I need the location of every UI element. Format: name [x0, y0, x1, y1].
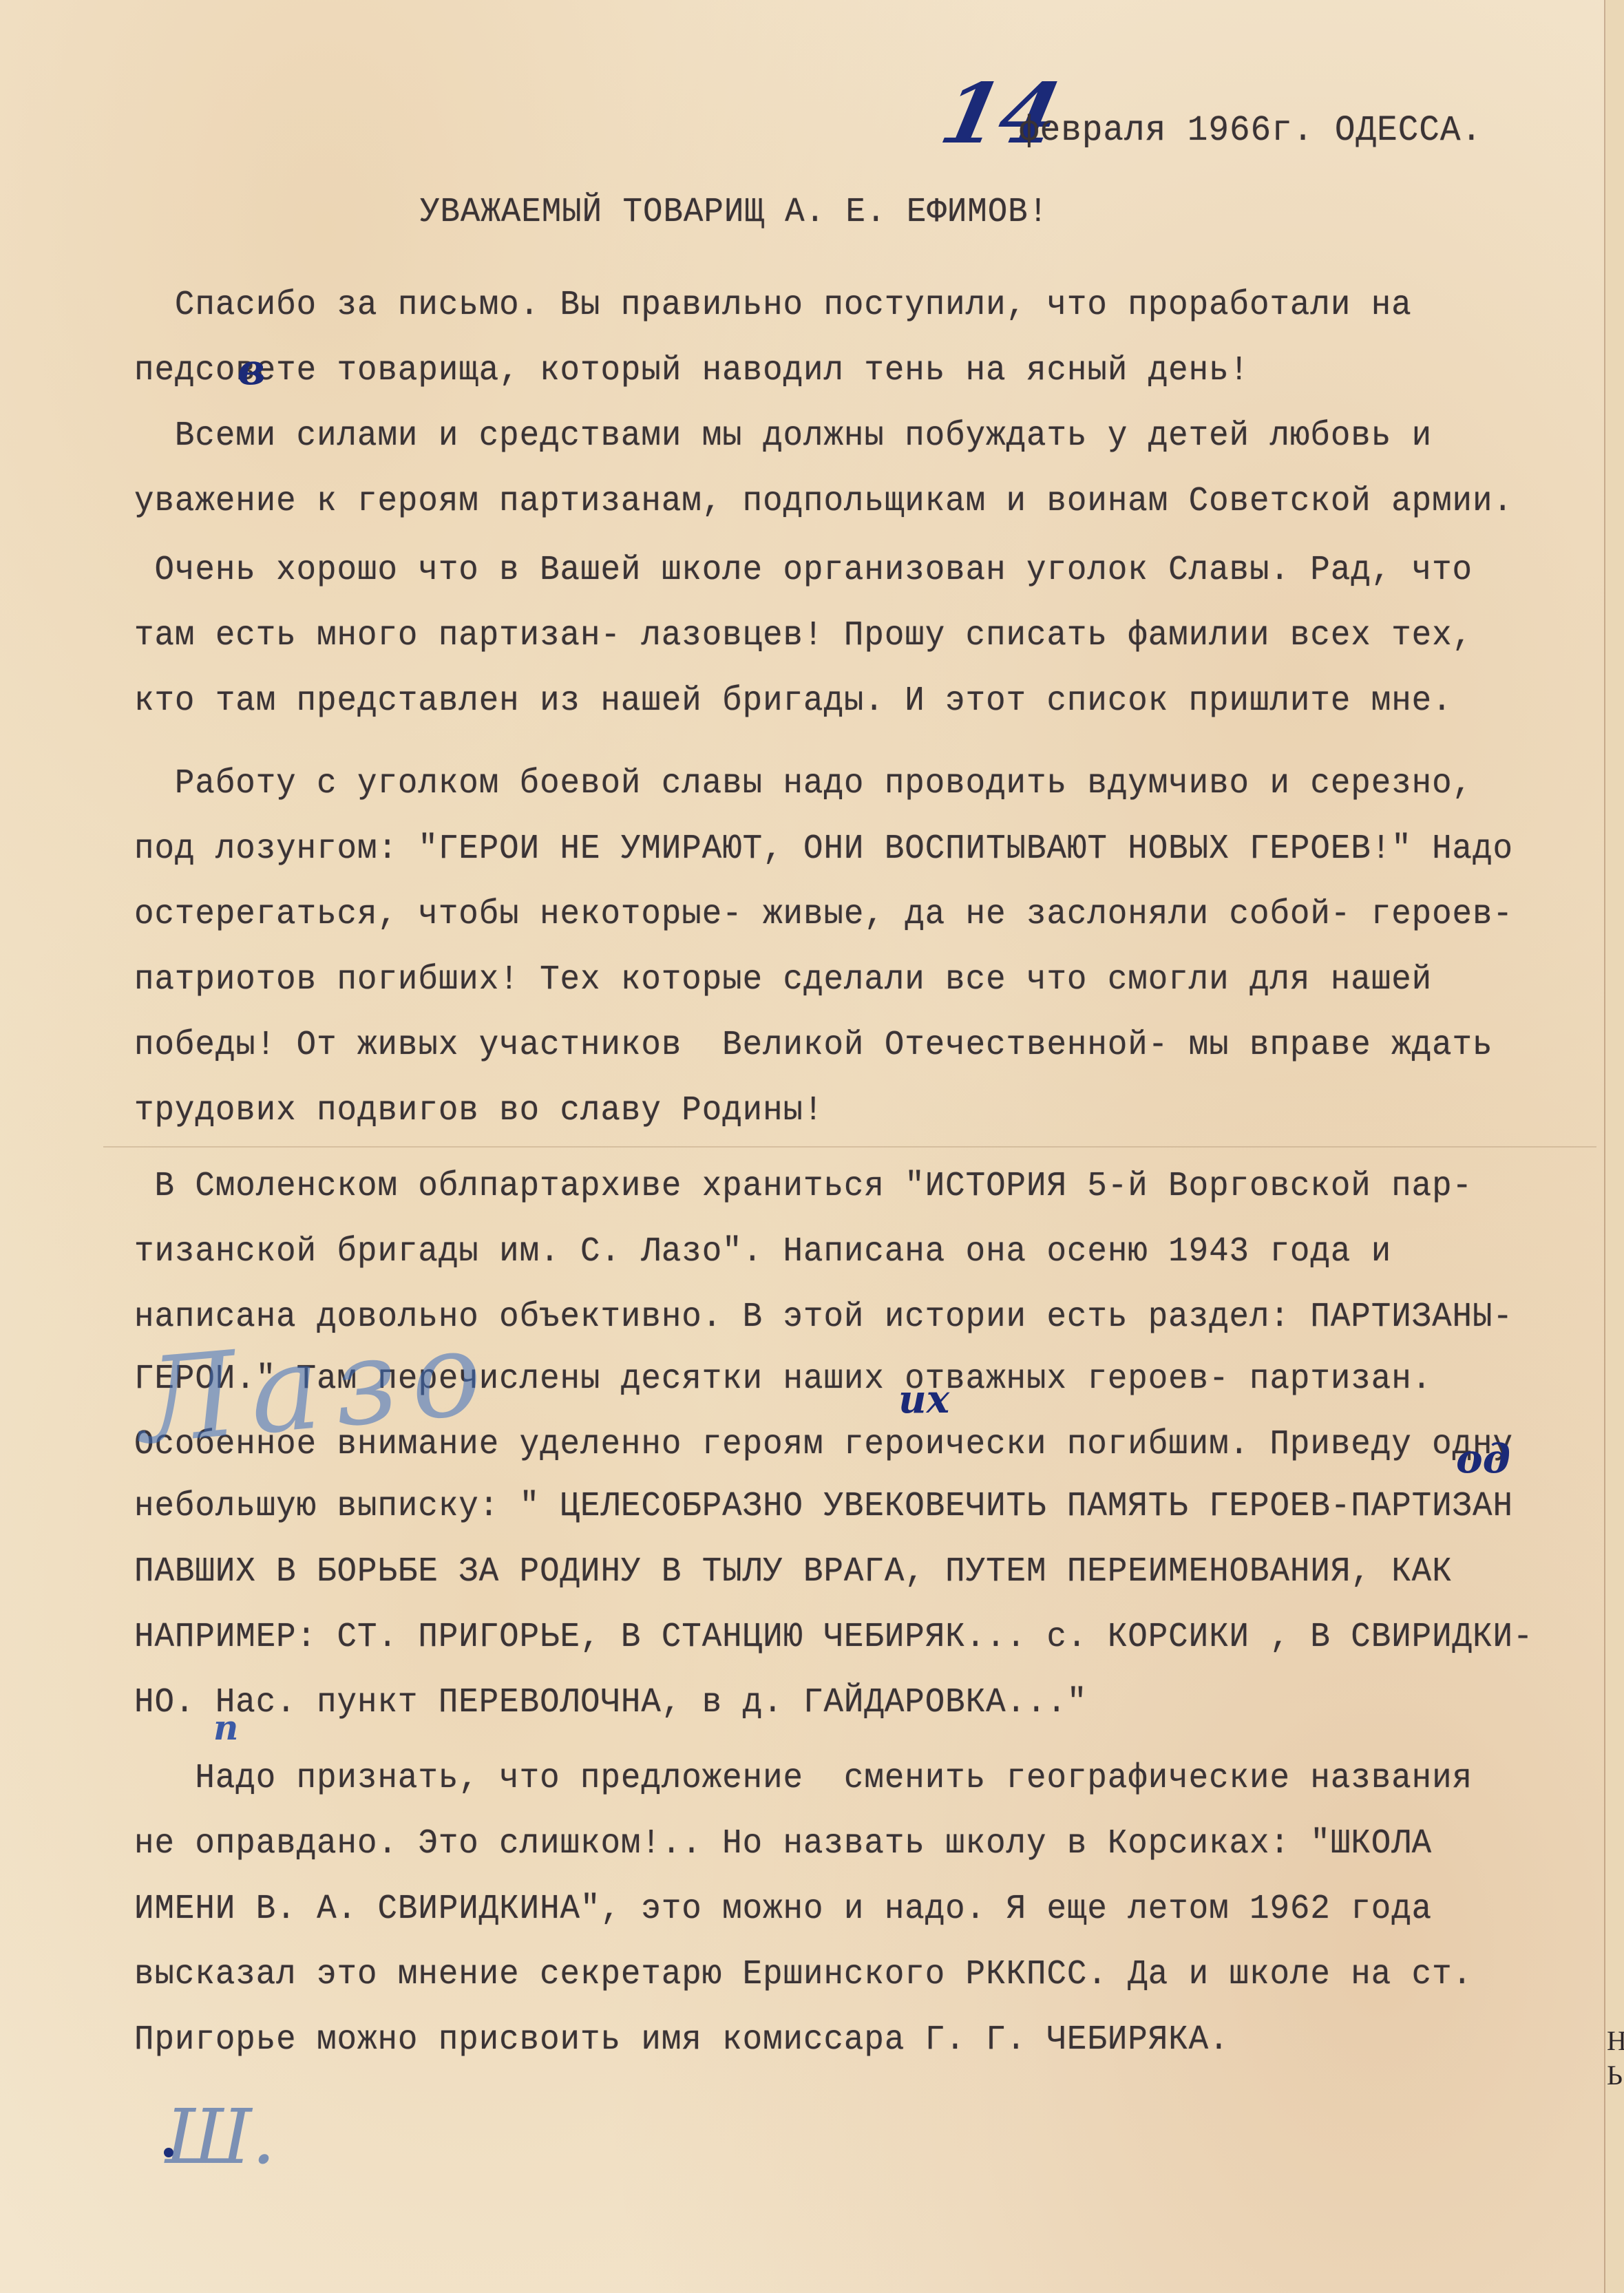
- letter-line: Очень хорошо что в Вашей школе организов…: [134, 551, 1473, 590]
- letter-line: НАПРИМЕР: СТ. ПРИГОРЬЕ, В СТАНЦИЮ ЧЕБИРЯ…: [134, 1618, 1533, 1657]
- underlying-page-text: Н Ь: [1607, 2024, 1624, 2093]
- letter-line: там есть много партизан- лазовцев! Прошу…: [134, 616, 1473, 655]
- letter-line: трудових подвигов во славу Родины!: [134, 1091, 823, 1130]
- handwritten-correction: п: [213, 1707, 238, 1748]
- letter-line: тизанской бригады им. С. Лазо". Написана…: [134, 1232, 1391, 1271]
- handwritten-correction: их: [898, 1377, 949, 1422]
- letter-line: кто там представлен из нашей бригады. И …: [134, 681, 1453, 721]
- handwritten-correction: од: [1456, 1435, 1510, 1482]
- letter-line: В Смоленском облпартархиве храниться "ИС…: [134, 1167, 1473, 1206]
- letter-line: педсовете товарища, который наводил тень…: [134, 351, 1249, 390]
- letter-line: остерегаться, чтобы некоторые- живые, да…: [134, 895, 1513, 934]
- salutation: УВАЖАЕМЫЙ ТОВАРИЩ А. Е. ЕФИМОВ!: [420, 193, 1048, 232]
- letter-line: уважение к героям партизанам, подпольщик…: [134, 482, 1513, 521]
- letter-line: небольшую выписку: " ЦЕЛЕСОБРАЗНО УВЕКОВ…: [134, 1487, 1513, 1526]
- letter-line: Пригорье можно присвоить имя комиссара Г…: [134, 2020, 1230, 2060]
- letter-line: под лозунгом: "ГЕРОИ НЕ УМИРАЮТ, ОНИ ВОС…: [134, 830, 1513, 869]
- letter-line: Спасибо за письмо. Вы правильно поступил…: [134, 286, 1412, 325]
- letter-line: Всеми силами и средствами мы должны побу…: [134, 416, 1432, 456]
- fold-line: [103, 1146, 1596, 1148]
- letter-line: ИМЕНИ В. А. СВИРИДКИНА", это можно и над…: [134, 1890, 1432, 1929]
- document-page: Н Ь 14 февраля 1966г. ОДЕССА. УВАЖАЕМЫЙ …: [0, 0, 1624, 2293]
- letter-line: Надо признать, что предложение сменить г…: [134, 1759, 1473, 1798]
- letter-line: победы! От живых участников Великой Отеч…: [134, 1026, 1493, 1065]
- date-line: февраля 1966г. ОДЕССА.: [1019, 110, 1482, 151]
- letter-line: высказал это мнение секретарю Ершинского…: [134, 1955, 1473, 1994]
- signature: Ш.: [165, 2093, 276, 2181]
- letter-line: НО. Нас. пункт ПЕРЕВОЛОЧНА, в д. ГАЙДАРО…: [134, 1683, 1087, 1722]
- handwritten-correction: в: [238, 344, 266, 394]
- underlying-page-strip: [1605, 0, 1624, 2293]
- letter-line: ПАВШИХ В БОРЬБЕ ЗА РОДИНУ В ТЫЛУ ВРАГА, …: [134, 1552, 1453, 1592]
- letter-line: не оправдано. Это слишком!.. Но назвать …: [134, 1824, 1432, 1863]
- letter-line: патриотов погибших! Тех которые сделали …: [134, 960, 1432, 1000]
- letter-line: Работу с уголком боевой славы надо прово…: [134, 764, 1473, 803]
